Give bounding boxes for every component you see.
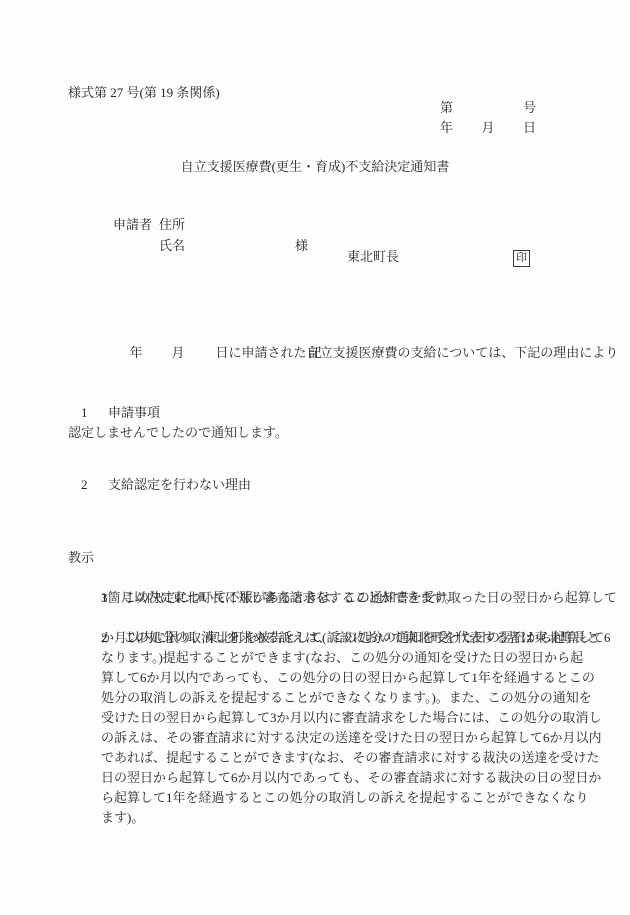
item-1-label: 申請事項 <box>108 405 160 420</box>
item-denial-reason: 2支給認定を行わない理由 <box>68 455 251 515</box>
kyoji-entry-2-line-11: ます)。 <box>101 808 144 828</box>
form-number: 様式第 27 号(第 19 条関係) <box>68 83 220 103</box>
document-number-line: 第 号 <box>440 98 536 118</box>
name-label: 氏名 <box>159 238 185 253</box>
issuer-title: 東北町長 <box>347 247 399 267</box>
date-line: 年 月 日 <box>440 118 536 138</box>
kyoji-entry-2-line-10: ら起算して1年を経過するとこの処分の取消しの訴えを提起することができなくなり <box>101 788 589 808</box>
date-month-label: 月 <box>481 118 494 138</box>
item-1-number: 1 <box>81 403 108 423</box>
date-day-label: 日 <box>523 118 536 138</box>
applicant-name-row: 氏名様 <box>146 216 308 276</box>
kyoji-entry-2-line-9: 日の翌日から起算して6か月以内であっても、その審査請求に対する裁決の日の翌日か <box>101 768 601 788</box>
kyoji-entry-2-line-7: の訴えは、その審査請求に対する決定の送達を受けた日の翌日から起算して6か月以内 <box>101 728 602 748</box>
honorific-label: 様 <box>295 238 308 253</box>
date-year-label: 年 <box>440 118 453 138</box>
item-application-details: 1申請事項 <box>68 383 160 443</box>
document-page: 様式第 27 号(第 19 条関係) 第 号 年 月 日 自立支援医療費(更生・… <box>0 0 630 915</box>
document-title: 自立支援医療費(更生・育成)不支給決定通知書 <box>0 157 630 177</box>
kyoji-entry-2-line-2: か月以内に限り、東北町を被告として(訴訟において東北町を代表する者は東北町長と <box>101 628 599 648</box>
seal-mark: 印 <box>513 250 530 267</box>
kyoji-entry-1-line-2: 3箇月以内に東北町長に対し審査請求をすることができます。 <box>101 588 457 608</box>
item-2-label: 支給認定を行わない理由 <box>108 477 251 492</box>
kyoji-entry-2-line-6: 受けた日の翌日から起算して3か月以内に審査請求をした場合には、この処分の取消し <box>101 708 602 728</box>
kyoji-heading: 教示 <box>68 548 94 568</box>
note-mark: 記 <box>0 343 630 363</box>
kyoji-entry-2-line-5: 処分の取消しの訴えを提起することができなくなります。)。また、この処分の通知を <box>101 688 592 708</box>
kyoji-entry-2-line-8: であれば、提起することができます(なお、その審査請求に対する裁決の送達を受けた <box>101 748 599 768</box>
doc-no-suffix: 号 <box>523 98 536 118</box>
kyoji-entry-2-line-4: 算して6か月以内であっても、この処分の日の翌日から起算して1年を経過するとこの <box>101 668 595 688</box>
kyoji-entry-2-line-3: なります。)提起することができます(なお、この処分の通知を受けた日の翌日から起 <box>101 648 583 668</box>
item-2-number: 2 <box>81 475 108 495</box>
doc-no-prefix: 第 <box>440 98 453 118</box>
